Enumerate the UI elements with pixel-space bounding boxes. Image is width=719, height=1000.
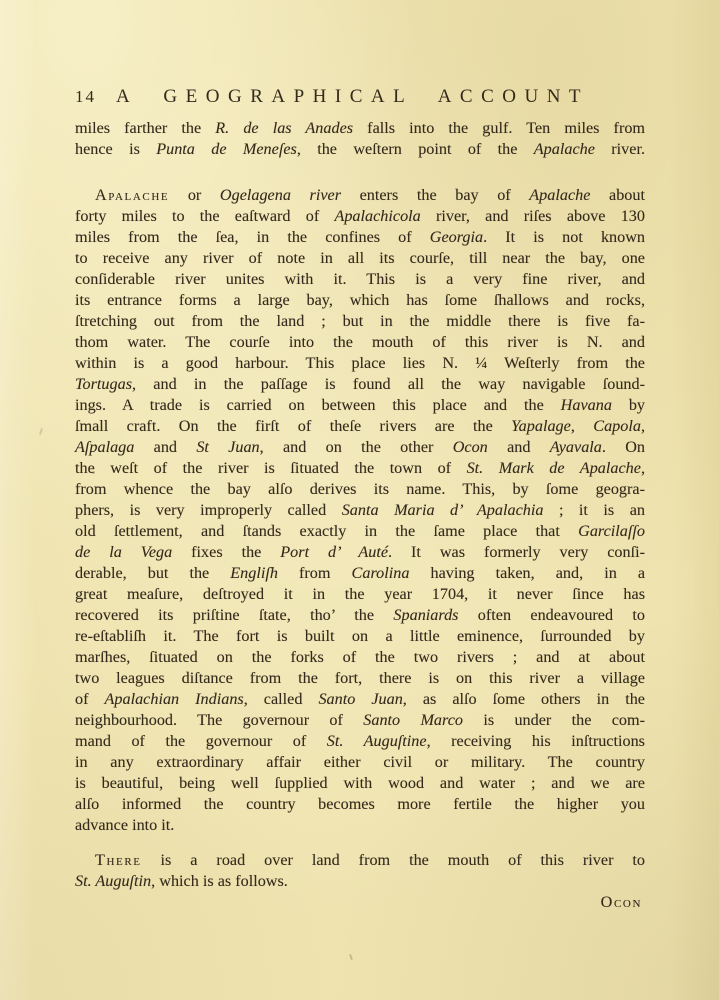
- text-line: hence is Punta de Meneſes, the weſtern p…: [75, 139, 645, 160]
- text-run: . On: [602, 438, 645, 456]
- text-run: about: [590, 186, 645, 204]
- text-run: ,: [641, 459, 645, 477]
- text-run: often endeavoured to: [458, 606, 645, 624]
- text-run: is a road over land from the mouth of th…: [142, 851, 645, 869]
- text-run: derable, but the: [75, 564, 230, 582]
- text-run: thom water. The courſe into the mouth of…: [75, 333, 645, 351]
- italic-text-run: R. de las Anades: [215, 119, 353, 137]
- text-line: within is a good harbour. This place lie…: [75, 353, 645, 374]
- text-line: derable, but the Engliſh from Carolina h…: [75, 563, 645, 584]
- italic-text-run: Punta de Meneſes: [156, 140, 297, 158]
- italic-text-run: Havana: [561, 396, 612, 414]
- text-run: having taken, and, in a: [409, 564, 645, 582]
- text-line: from whence the bay alſo derives its nam…: [75, 479, 645, 500]
- page-body: miles farther the R. de las Anades falls…: [75, 118, 645, 913]
- running-title: A GEOGRAPHICAL ACCOUNT: [116, 86, 589, 107]
- italic-text-run: Yapalage: [511, 417, 571, 435]
- italic-text-run: Engliſh: [230, 564, 278, 582]
- text-line: of Apalachian Indians, called Santo Juan…: [75, 689, 645, 710]
- italic-text-run: Ocon: [453, 438, 488, 456]
- text-run: ,: [571, 417, 593, 435]
- text-run: , and on the other: [260, 438, 453, 456]
- text-line: There is a road over land from the mouth…: [75, 850, 645, 871]
- text-line: is beautiful, being well ſupplied with w…: [75, 773, 645, 794]
- text-run: and: [488, 438, 550, 456]
- italic-text-run: Ogelagena river: [220, 186, 341, 204]
- italic-text-run: Capola: [593, 417, 641, 435]
- text-line: Tortugas, and in the paſſage is found al…: [75, 374, 645, 395]
- ink-speck: [349, 954, 353, 960]
- catchword: Ocon: [75, 892, 645, 913]
- text-run: is beautiful, being well ſupplied with w…: [75, 774, 645, 792]
- text-line: ings. A trade is carried on between this…: [75, 395, 645, 416]
- book-page: 14A GEOGRAPHICAL ACCOUNT miles farther t…: [0, 0, 719, 1000]
- text-run: within is a good harbour. This place lie…: [75, 354, 645, 372]
- italic-text-run: Santo Marco: [363, 711, 463, 729]
- text-line: ſmall craft. On the firſt of theſe river…: [75, 416, 645, 437]
- text-run: marſhes, ſituated on the forks of the tw…: [75, 648, 645, 666]
- text-line: thom water. The courſe into the mouth of…: [75, 332, 645, 353]
- text-run: the weſt of the river is ſituated the to…: [75, 459, 467, 477]
- italic-text-run: de la Vega: [75, 543, 172, 561]
- text-run: river, and riſes above 130: [421, 207, 645, 225]
- text-run: , receiving his inſtructions: [427, 732, 645, 750]
- ink-speck: [39, 428, 43, 435]
- paragraph: miles farther the R. de las Anades falls…: [75, 118, 645, 160]
- text-run: . It is not known: [483, 228, 645, 246]
- smallcaps-text-run: There: [95, 851, 142, 869]
- text-run: its entrance forms a large bay, which ha…: [75, 291, 645, 309]
- paragraph: There is a road over land from the mouth…: [75, 850, 645, 892]
- text-run: conſiderable river unites with it. This …: [75, 270, 645, 288]
- text-line: alſo informed the country becomes more f…: [75, 794, 645, 815]
- text-run: great meaſure, deſtroyed it in the year …: [75, 585, 645, 603]
- italic-text-run: Apalache: [529, 186, 590, 204]
- text-run: falls into the gulf. Ten miles from: [353, 119, 645, 137]
- text-line: mand of the governour of St. Auguſtine, …: [75, 731, 645, 752]
- text-run: from whence the bay alſo derives its nam…: [75, 480, 645, 498]
- italic-text-run: St. Auguſtine: [327, 732, 427, 750]
- text-run: recovered its priſtine ſtate, tho’ the: [75, 606, 393, 624]
- ink-speck: [92, 471, 95, 474]
- text-run: of: [75, 690, 105, 708]
- italic-text-run: Garcilaſſo: [578, 522, 645, 540]
- italic-text-run: Carolina: [352, 564, 410, 582]
- text-line: miles farther the R. de las Anades falls…: [75, 118, 645, 139]
- text-run: advance into it.: [75, 816, 174, 834]
- text-line: re-eſtabliſh it. The fort is built on a …: [75, 626, 645, 647]
- page-header: 14A GEOGRAPHICAL ACCOUNT: [75, 86, 647, 108]
- text-line: St. Auguſtin, which is as follows.: [75, 871, 645, 892]
- text-line: old ſettlement, and ſtands exactly in th…: [75, 521, 645, 542]
- text-run: two leagues diſtance from the fort, ther…: [75, 669, 645, 687]
- italic-text-run: Georgia: [430, 228, 483, 246]
- text-line: neighbourhood. The governour of Santo Ma…: [75, 710, 645, 731]
- text-run: miles from the ſea, in the confines of: [75, 228, 430, 246]
- text-run: is under the com-: [463, 711, 645, 729]
- text-run: forty miles to the eaſtward of: [75, 207, 334, 225]
- text-line: two leagues diſtance from the fort, ther…: [75, 668, 645, 689]
- italic-text-run: Santo Juan: [318, 690, 402, 708]
- italic-text-run: Spaniards: [393, 606, 458, 624]
- text-run: ſtretching out from the land ; but in th…: [75, 312, 645, 330]
- text-line: great meaſure, deſtroyed it in the year …: [75, 584, 645, 605]
- text-run: to receive any river of note in all its …: [75, 249, 645, 267]
- text-run: hence is: [75, 140, 156, 158]
- italic-text-run: Port d’ Auté: [280, 543, 388, 561]
- text-run: enters the bay of: [341, 186, 529, 204]
- text-run: alſo informed the country becomes more f…: [75, 795, 645, 813]
- text-line: in any extraordinary affair either civil…: [75, 752, 645, 773]
- italic-text-run: Apalache: [534, 140, 595, 158]
- text-run: river.: [595, 140, 645, 158]
- page-number: 14: [75, 87, 96, 106]
- text-line: marſhes, ſituated on the forks of the tw…: [75, 647, 645, 668]
- text-run: ſmall craft. On the firſt of theſe river…: [75, 417, 511, 435]
- text-line: Aſpalaga and St Juan, and on the other O…: [75, 437, 645, 458]
- text-line: conſiderable river unites with it. This …: [75, 269, 645, 290]
- text-run: . It was formerly very conſi-: [388, 543, 645, 561]
- text-run: or: [169, 186, 220, 204]
- text-run: by: [612, 396, 645, 414]
- text-run: old ſettlement, and ſtands exactly in th…: [75, 522, 578, 540]
- text-run: mand of the governour of: [75, 732, 327, 750]
- text-line: the weſt of the river is ſituated the to…: [75, 458, 645, 479]
- text-run: , the weſtern point of the: [297, 140, 534, 158]
- text-line: phers, is very improperly called Santa M…: [75, 500, 645, 521]
- italic-text-run: Ayavala: [550, 438, 602, 456]
- text-run: , which is as follows.: [151, 872, 288, 890]
- text-line: forty miles to the eaſtward of Apalachic…: [75, 206, 645, 227]
- smallcaps-text-run: Apalache: [95, 186, 169, 204]
- text-run: miles farther the: [75, 119, 215, 137]
- text-line: recovered its priſtine ſtate, tho’ the S…: [75, 605, 645, 626]
- paragraph: Apalache or Ogelagena river enters the b…: [75, 185, 645, 836]
- italic-text-run: Apalachian Indians: [105, 690, 244, 708]
- italic-text-run: St Juan: [196, 438, 259, 456]
- text-run: ,: [641, 417, 645, 435]
- text-line: de la Vega fixes the Port d’ Auté. It wa…: [75, 542, 645, 563]
- text-run: ings. A trade is carried on between this…: [75, 396, 561, 414]
- text-run: phers, is very improperly called: [75, 501, 342, 519]
- text-run: and: [134, 438, 196, 456]
- italic-text-run: Apalachicola: [334, 207, 420, 225]
- text-run: , called: [244, 690, 319, 708]
- italic-text-run: Santa Maria d’ Apalachia: [342, 501, 544, 519]
- italic-text-run: St. Mark de Apalache: [467, 459, 641, 477]
- text-run: ; it is an: [543, 501, 645, 519]
- italic-text-run: St. Auguſtin: [75, 872, 151, 890]
- text-run: , as alſo ſome others in the: [403, 690, 645, 708]
- text-run: from: [278, 564, 352, 582]
- text-line: advance into it.: [75, 815, 645, 836]
- text-run: neighbourhood. The governour of: [75, 711, 363, 729]
- text-line: its entrance forms a large bay, which ha…: [75, 290, 645, 311]
- text-run: in any extraordinary affair either civil…: [75, 753, 645, 771]
- text-line: to receive any river of note in all its …: [75, 248, 645, 269]
- text-run: fixes the: [172, 543, 280, 561]
- text-line: miles from the ſea, in the confines of G…: [75, 227, 645, 248]
- text-run: , and in the paſſage is found all the wa…: [132, 375, 645, 393]
- italic-text-run: Aſpalaga: [75, 438, 134, 456]
- italic-text-run: Tortugas: [75, 375, 132, 393]
- text-line: ſtretching out from the land ; but in th…: [75, 311, 645, 332]
- text-line: Apalache or Ogelagena river enters the b…: [75, 185, 645, 206]
- text-run: re-eſtabliſh it. The fort is built on a …: [75, 627, 645, 645]
